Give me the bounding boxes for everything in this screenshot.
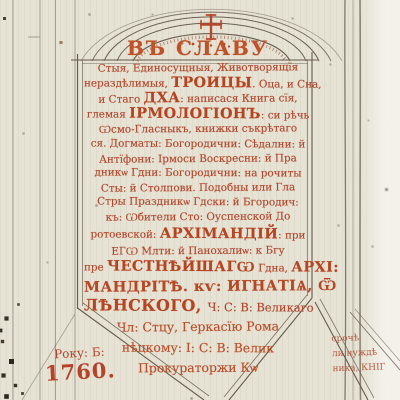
marginalia-note: срочѣ ли нуждѣ ника, КНІГ xyxy=(331,330,400,377)
line-text: къ: Ѡбители Сто: Оуспенской До xyxy=(106,210,291,223)
manuscript-line: Стры Праздникѡ Гдски: й Бгородич: xyxy=(84,195,312,211)
manuscript-text-block: Стыя, Единосущныя, Животворящїя нераздѣл… xyxy=(84,61,312,379)
manuscript-line: Стыя, Единосущныя, Животворящїя xyxy=(84,60,312,76)
line-text: Стры Праздникѡ Гдски: й Бгородич: xyxy=(97,196,299,209)
manuscript-line: Чл: Стцу, Геркасїю Рома xyxy=(84,316,312,338)
line-text: : написася Книга сїя, xyxy=(180,92,297,105)
line-text-emphasis: МАНДРІТѢ. кѵ: ИГНАТІѦ, Ѿ xyxy=(84,277,337,296)
manuscript-line: Антїфони: Ірмоси Воскресни: й Пра xyxy=(84,151,312,167)
line-text-emphasis: ЛѢНСКОГО, xyxy=(84,296,208,316)
line-text: Стыя, Единосущныя, Животворящїя xyxy=(98,61,299,74)
line-text: Ч: С: В: Великаго xyxy=(208,300,314,315)
line-text: глемая xyxy=(87,108,129,120)
line-text-emphasis: ТРОИЦЫ xyxy=(171,74,252,90)
manuscript-line: ротоевской: АРХІМАНДІЙ: при xyxy=(84,224,312,244)
manuscript-line: и Стаго ДХА: написася Книга сїя, xyxy=(84,90,312,107)
manuscript-page: ВЪ СЛАВУ Стыя, Единосущныя, Животворящїя… xyxy=(0,0,400,400)
line-text: : при xyxy=(278,229,305,241)
line-text: Гдна, xyxy=(255,262,291,274)
ink-spatter xyxy=(0,0,1,1)
line-text: дникѡ Гдни: Богородични: на рочиты xyxy=(94,167,301,180)
line-text: . Оца, и Сна, xyxy=(252,78,321,90)
marginalia-line: ника, КНІГ xyxy=(332,360,400,378)
date-note: Року: Б: 1760. xyxy=(33,344,127,387)
manuscript-line: ЛѢНСКОГО, Ч: С: В: Великаго xyxy=(84,296,312,318)
line-text: Ѡсмо-Гласныкъ, книжки съкрѣтаго xyxy=(99,123,297,136)
manuscript-line: къ: Ѡбители Сто: Оуспенской До xyxy=(84,209,312,225)
line-text-emphasis: ДХА xyxy=(143,90,180,106)
manuscript-line: нераздѣлимыя, ТРОИЦЫ. Оца, и Сна, xyxy=(84,75,312,92)
line-text: Сты: й Столпови. Подобны или Гла xyxy=(101,181,295,194)
line-text: : си рѣчь xyxy=(261,109,309,121)
line-text-emphasis: АРХІМАНДІЙ xyxy=(160,225,279,242)
manuscript-line: Ѡсмо-Гласныкъ, книжки съкрѣтаго xyxy=(84,122,312,138)
manuscript-line: пре ЧЕСТНѢЙШАГѠ Гдна, АРХІ: xyxy=(84,258,312,278)
line-text: пре xyxy=(84,262,107,274)
line-text: и Стаго xyxy=(98,94,143,106)
line-text: ся. Догматы: Богородични: Сѣдални: й xyxy=(91,137,306,150)
manuscript-line: МАНДРІТѢ. кѵ: ИГНАТІѦ, Ѿ xyxy=(84,276,312,297)
line-text: Прокураторжи Кѡ xyxy=(138,360,258,376)
line-text: Антїфони: Ірмоси Воскресни: й Пра xyxy=(99,152,297,165)
line-text: ЕГѠ Млти: й Панохалиѡ: к Бгу xyxy=(111,244,284,257)
page-title: ВЪ СЛАВУ xyxy=(84,36,312,60)
date-note-year: 1760. xyxy=(34,358,127,387)
line-text: ротоевской: xyxy=(90,228,159,240)
line-text-emphasis: ІРМОЛОГІОНЪ xyxy=(129,105,261,122)
line-text-emphasis: ЧЕСТНѢЙШАГѠ xyxy=(107,259,255,276)
line-text: Чл: Стцу, Геркасїю Рома xyxy=(117,319,279,335)
manuscript-line: дникѡ Гдни: Богородични: на рочиты xyxy=(84,166,312,182)
line-text: нѣцкому: І: С: В: Велик xyxy=(122,339,274,355)
manuscript-line: ЕГѠ Млти: й Панохалиѡ: к Бгу xyxy=(84,243,312,259)
line-text: нераздѣлимыя, xyxy=(84,77,171,89)
manuscript-line: ся. Догматы: Богородични: Сѣдални: й xyxy=(84,136,312,152)
line-text-emphasis: АРХІ: xyxy=(291,260,339,276)
